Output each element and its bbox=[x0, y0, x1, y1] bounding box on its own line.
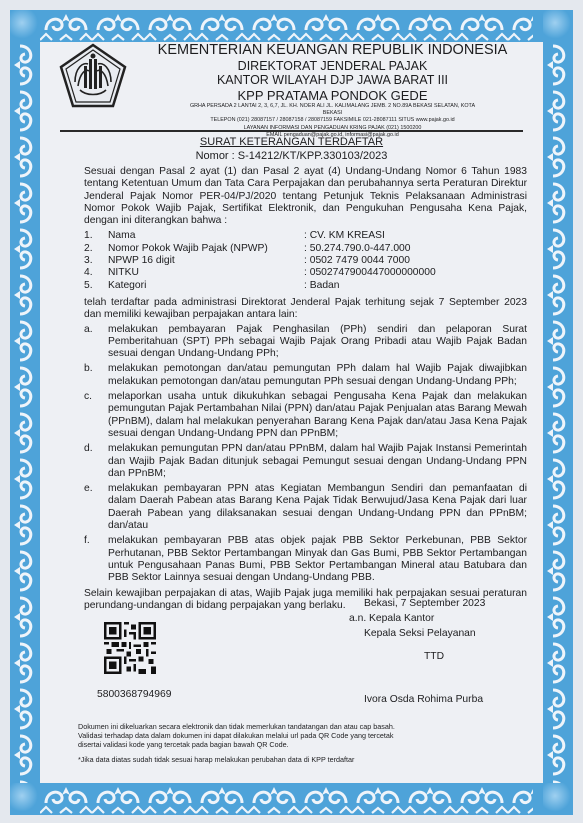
signer-name: Ivora Osda Rohima Purba bbox=[364, 692, 485, 707]
footer-note: *Jika data diatas sudah tidak sesuai har… bbox=[78, 755, 478, 764]
obligation-item: b.melakukan pemotongan dan/atau pemungut… bbox=[84, 363, 527, 388]
document-title: SURAT KETERANGAN TERDAFTAR bbox=[0, 137, 583, 148]
npwp-value: : 50.274.790.0-447.000 bbox=[304, 243, 527, 255]
letterhead: KEMENTERIAN KEUANGAN REPUBLIK INDONESIA … bbox=[130, 42, 535, 139]
signer-position: Kepala Seksi Pelayanan bbox=[364, 626, 485, 641]
document-page: KEMENTERIAN KEUANGAN REPUBLIK INDONESIA … bbox=[0, 0, 583, 823]
ornament-band-bottom bbox=[40, 783, 533, 815]
detail-row: 3. NPWP 16 digit : 0502 7479 0044 7000 bbox=[84, 255, 527, 267]
taxpayer-details: 1. Nama : CV. KM KREASI 2. Nomor Pokok W… bbox=[84, 230, 527, 291]
footer-line: disertai validasi kode yang tercetak pad… bbox=[78, 740, 478, 749]
on-behalf: a.n. Kepala Kantor bbox=[349, 611, 485, 626]
footer-line: Dokumen ini dikeluarkan secara elektroni… bbox=[78, 722, 478, 731]
obligations-list: a.melakukan pembayaran Pajak Penghasilan… bbox=[84, 324, 527, 585]
ornament-corner bbox=[543, 10, 573, 42]
footer-notes: Dokumen ini dikeluarkan secara elektroni… bbox=[78, 722, 478, 764]
taxpayer-name: : CV. KM KREASI bbox=[304, 230, 527, 242]
ornament-band-top bbox=[40, 10, 533, 42]
detail-row: 1. Nama : CV. KM KREASI bbox=[84, 230, 527, 242]
npwp16-value: : 0502 7479 0044 7000 bbox=[304, 255, 527, 267]
ornament-corner bbox=[10, 10, 40, 42]
ornament-corner bbox=[10, 783, 40, 815]
detail-row: 4. NITKU : 0502747900447000000000 bbox=[84, 267, 527, 279]
intro-paragraph: Sesuai dengan Pasal 2 ayat (1) dan Pasal… bbox=[84, 166, 527, 227]
obligation-item: f.melakukan pembayaran PBB atas objek pa… bbox=[84, 535, 527, 584]
letterhead-divider bbox=[60, 130, 523, 132]
place-date: Bekasi, 7 September 2023 bbox=[364, 596, 485, 611]
qr-code-icon bbox=[104, 622, 156, 674]
nitku-value: : 0502747900447000000000 bbox=[304, 267, 527, 279]
regional-office-name: KANTOR WILAYAH DJP JAWA BARAT III bbox=[130, 74, 535, 87]
footer-line: Validasi terhadap data dalam dokumen ini… bbox=[78, 731, 478, 740]
ttd-label: TTD bbox=[424, 649, 485, 664]
office-phone: TELEPON (021) 28087157 / 28087158 / 2808… bbox=[130, 118, 535, 123]
obligation-item: c.melaporkan usaha untuk dikukuhkan seba… bbox=[84, 391, 527, 440]
detail-row: 2. Nomor Pokok Wajib Pajak (NPWP) : 50.2… bbox=[84, 243, 527, 255]
obligation-item: a.melakukan pembayaran Pajak Penghasilan… bbox=[84, 324, 527, 361]
qr-validation-code: 5800368794969 bbox=[97, 689, 171, 700]
kemenkeu-logo-icon bbox=[58, 42, 128, 110]
office-name: KPP PRATAMA PONDOK GEDE bbox=[130, 89, 535, 102]
directorate-name: DIREKTORAT JENDERAL PAJAK bbox=[130, 60, 535, 73]
document-body: Sesuai dengan Pasal 2 ayat (1) dan Pasal… bbox=[84, 166, 527, 612]
ornament-corner bbox=[543, 783, 573, 815]
ministry-name: KEMENTERIAN KEUANGAN REPUBLIK INDONESIA bbox=[130, 43, 535, 58]
registered-paragraph: telah terdaftar pada administrasi Direkt… bbox=[84, 297, 527, 322]
document-number: Nomor : S-14212/KT/KPP.330103/2023 bbox=[0, 151, 583, 162]
signature-block: Bekasi, 7 September 2023 a.n. Kepala Kan… bbox=[364, 596, 485, 707]
office-address: GRHA PERSADA 2 LANTAI 2, 3, 6,7, JL. KH.… bbox=[130, 104, 535, 109]
detail-row: 5. Kategori : Badan bbox=[84, 280, 527, 292]
obligation-item: e.melakukan pembayaran PPN atas Kegiatan… bbox=[84, 483, 527, 532]
obligation-item: d.melakukan pemungutan PPN dan/atau PPnB… bbox=[84, 443, 527, 480]
category-value: : Badan bbox=[304, 280, 527, 292]
document-title-block: SURAT KETERANGAN TERDAFTAR Nomor : S-142… bbox=[0, 137, 583, 162]
office-address-city: BEKASI bbox=[130, 111, 535, 116]
